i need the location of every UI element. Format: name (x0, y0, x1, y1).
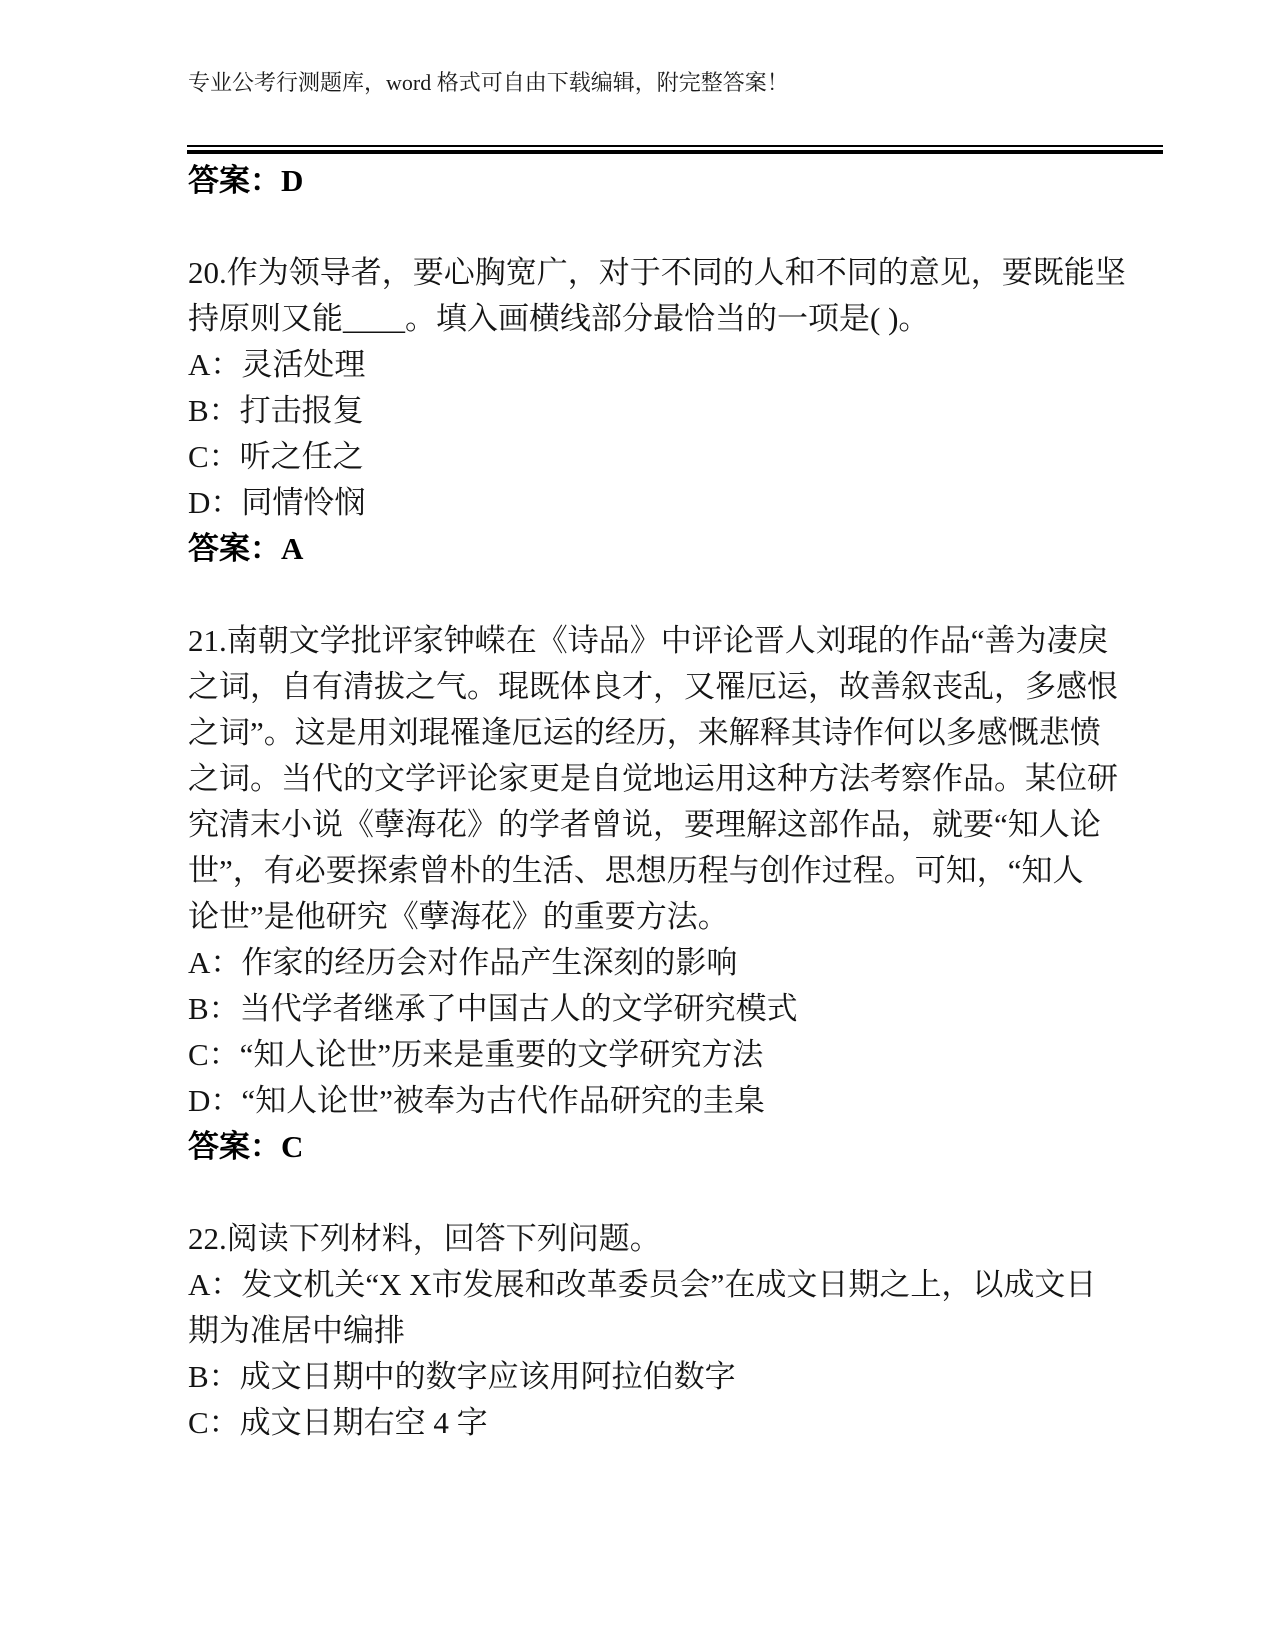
option-c-line: C：听之任之 (188, 434, 1128, 480)
question-text-line: 世”，有必要探索曾朴的生活、思想历程与创作过程。可知，“知人 (188, 848, 1128, 894)
option-d-line: D：同情怜悯 (188, 480, 1128, 526)
question-text-line: 持原则又能____。填入画横线部分最恰当的一项是( )。 (188, 296, 1128, 342)
question-text-line: 究清末小说《孽海花》的学者曾说，要理解这部作品，就要“知人论 (188, 802, 1128, 848)
option-a-line: A：灵活处理 (188, 342, 1128, 388)
question-text-line: 之词。当代的文学评论家更是自觉地运用这种方法考察作品。某位研 (188, 756, 1128, 802)
answer-block-q20: 答案：A (188, 526, 1128, 572)
answer-block-q21: 答案：C (188, 1124, 1128, 1170)
answer-block-q19: 答案：D (188, 158, 1128, 204)
option-c-line: C：成文日期右空 4 字 (188, 1400, 1128, 1446)
question-text-line: 20.作为领导者，要心胸宽广，对于不同的人和不同的意见，要既能坚 (188, 250, 1128, 296)
option-a-line: A：作家的经历会对作品产生深刻的影响 (188, 940, 1128, 986)
question-text-line: 论世”是他研究《孽海花》的重要方法。 (188, 894, 1128, 940)
page-header-text: 专业公考行测题库，word 格式可自由下载编辑，附完整答案！ (188, 70, 789, 96)
document-body: 答案：D 20.作为领导者，要心胸宽广，对于不同的人和不同的意见，要既能坚 持原… (188, 158, 1128, 1446)
question-block-21: 21.南朝文学批评家钟嵘在《诗品》中评论晋人刘琨的作品“善为凄戾 之词，自有清拔… (188, 618, 1128, 1124)
question-block-20: 20.作为领导者，要心胸宽广，对于不同的人和不同的意见，要既能坚 持原则又能__… (188, 250, 1128, 526)
question-block-22: 22.阅读下列材料，回答下列问题。 A：发文机关“X X市发展和改革委员会”在成… (188, 1216, 1128, 1446)
document-page: 专业公考行测题库，word 格式可自由下载编辑，附完整答案！ 答案：D 20.作… (0, 0, 1275, 1650)
answer-line: 答案：C (188, 1124, 1128, 1170)
question-text-line: 之词，自有清拔之气。琨既体良才，又罹厄运，故善叙丧乱，多感恨 (188, 664, 1128, 710)
option-b-line: B：当代学者继承了中国古人的文学研究模式 (188, 986, 1128, 1032)
question-text-line: 22.阅读下列材料，回答下列问题。 (188, 1216, 1128, 1262)
option-b-line: B：打击报复 (188, 388, 1128, 434)
answer-line: 答案：D (188, 158, 1128, 204)
answer-line: 答案：A (188, 526, 1128, 572)
question-text-line: 21.南朝文学批评家钟嵘在《诗品》中评论晋人刘琨的作品“善为凄戾 (188, 618, 1128, 664)
option-a-line: A：发文机关“X X市发展和改革委员会”在成文日期之上，以成文日 (188, 1262, 1128, 1308)
header-divider-rule (187, 145, 1163, 154)
option-d-line: D：“知人论世”被奉为古代作品研究的圭臬 (188, 1078, 1128, 1124)
question-text-line: 之词”。这是用刘琨罹逢厄运的经历，来解释其诗作何以多感慨悲愤 (188, 710, 1128, 756)
option-c-line: C：“知人论世”历来是重要的文学研究方法 (188, 1032, 1128, 1078)
option-b-line: B：成文日期中的数字应该用阿拉伯数字 (188, 1354, 1128, 1400)
option-a-continuation-line: 期为准居中编排 (188, 1308, 1128, 1354)
